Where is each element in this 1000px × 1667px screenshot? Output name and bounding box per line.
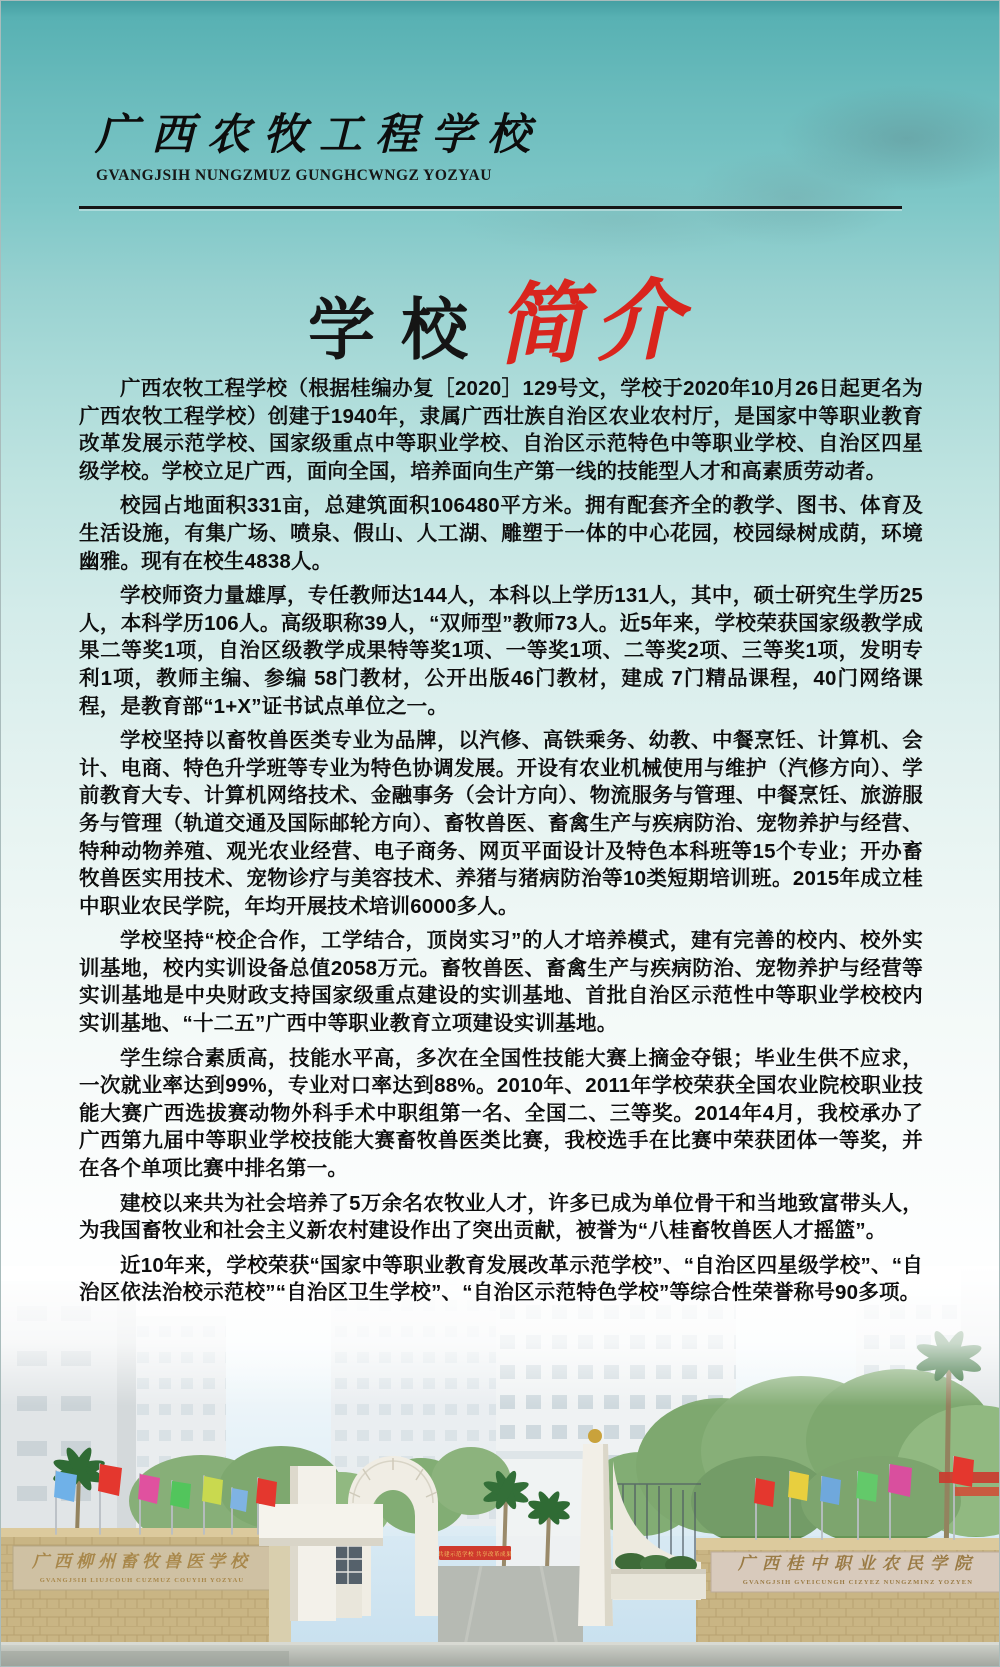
gate-banner-text: 共建示范学校 共享改革成果 <box>438 1550 512 1558</box>
school-name-calligraphy: 广西农牧工程学校 <box>95 101 543 162</box>
right-wall-name: 广西桂中职业农民学院 <box>737 1554 978 1574</box>
body-paragraph: 学校师资力量雄厚，专任教师达144人，本科以上学历131人，其中，硕士研究生学历… <box>79 582 923 720</box>
school-intro-poster: 广西农牧工程学校 GVANGJSIH NUNGZMUZ GUNGHCWNGZ Y… <box>0 0 1000 1667</box>
misty-mountains-decoration <box>669 79 999 249</box>
school-introduction-text: 广西农牧工程学校（根据桂编办复［2020］129号文，学校于2020年10月26… <box>79 375 923 1314</box>
campus-photo-illustration: 广西柳州畜牧兽医学校 GVANGJSIH LIUJCOUH CUZMUZ COU… <box>1 1266 1000 1666</box>
body-paragraph: 学校坚持以畜牧兽医类专业为品牌，以汽修、高铁乘务、幼教、中餐烹饪、计算机、会计、… <box>79 727 923 920</box>
campus-photo: 广西柳州畜牧兽医学校 GVANGJSIH LIUJCOUH CUZMUZ COU… <box>1 1266 1000 1666</box>
entrance-road <box>1 1642 1000 1666</box>
page-title-red: 简介 <box>494 250 694 383</box>
left-wall-name-zhuang: GVANGJSIH LIUJCOUH CUZMUZ COUYIH YOZYAU <box>40 1577 244 1584</box>
body-paragraph: 近10年来，学校荣获“国家中等职业教育发展改革示范学校”、“自治区四星级学校”、… <box>79 1252 923 1307</box>
school-name-zhuang: GVANGJSIH NUNGZMUZ GUNGHCWNGZ YOZYAU <box>96 167 492 185</box>
body-paragraph: 校园占地面积331亩，总建筑面积106480平方米。拥有配套齐全的教学、图书、体… <box>79 492 923 575</box>
left-school-wall: 广西柳州畜牧兽医学校 GVANGJSIH LIUJCOUH CUZMUZ COU… <box>1 1522 291 1652</box>
body-paragraph: 学校坚持“校企合作，工学结合，顶岗实习”的人才培养模式，建有完善的校内、校外实训… <box>79 927 923 1037</box>
body-paragraph: 广西农牧工程学校（根据桂编办复［2020］129号文，学校于2020年10月26… <box>79 375 923 485</box>
page-title-black: 学校 <box>308 277 494 373</box>
right-wall-name-zhuang: GVANGJSIH GVEICUNGH CIZYEZ NUNGZMINZ YOZ… <box>743 1579 973 1586</box>
left-wall-name: 广西柳州畜牧兽医学校 <box>31 1552 252 1572</box>
page-title: 学校简介 <box>1 253 999 379</box>
header-divider <box>79 206 902 209</box>
body-paragraph: 学生综合素质高，技能水平高，多次在全国性技能大赛上摘金夺银；毕业生供不应求，一次… <box>79 1045 923 1183</box>
gate-gold-ball <box>588 1429 602 1443</box>
body-paragraph: 建校以来共为社会培养了5万余名农牧业人才，许多已成为单位骨干和当地致富带头人，为… <box>79 1190 923 1245</box>
